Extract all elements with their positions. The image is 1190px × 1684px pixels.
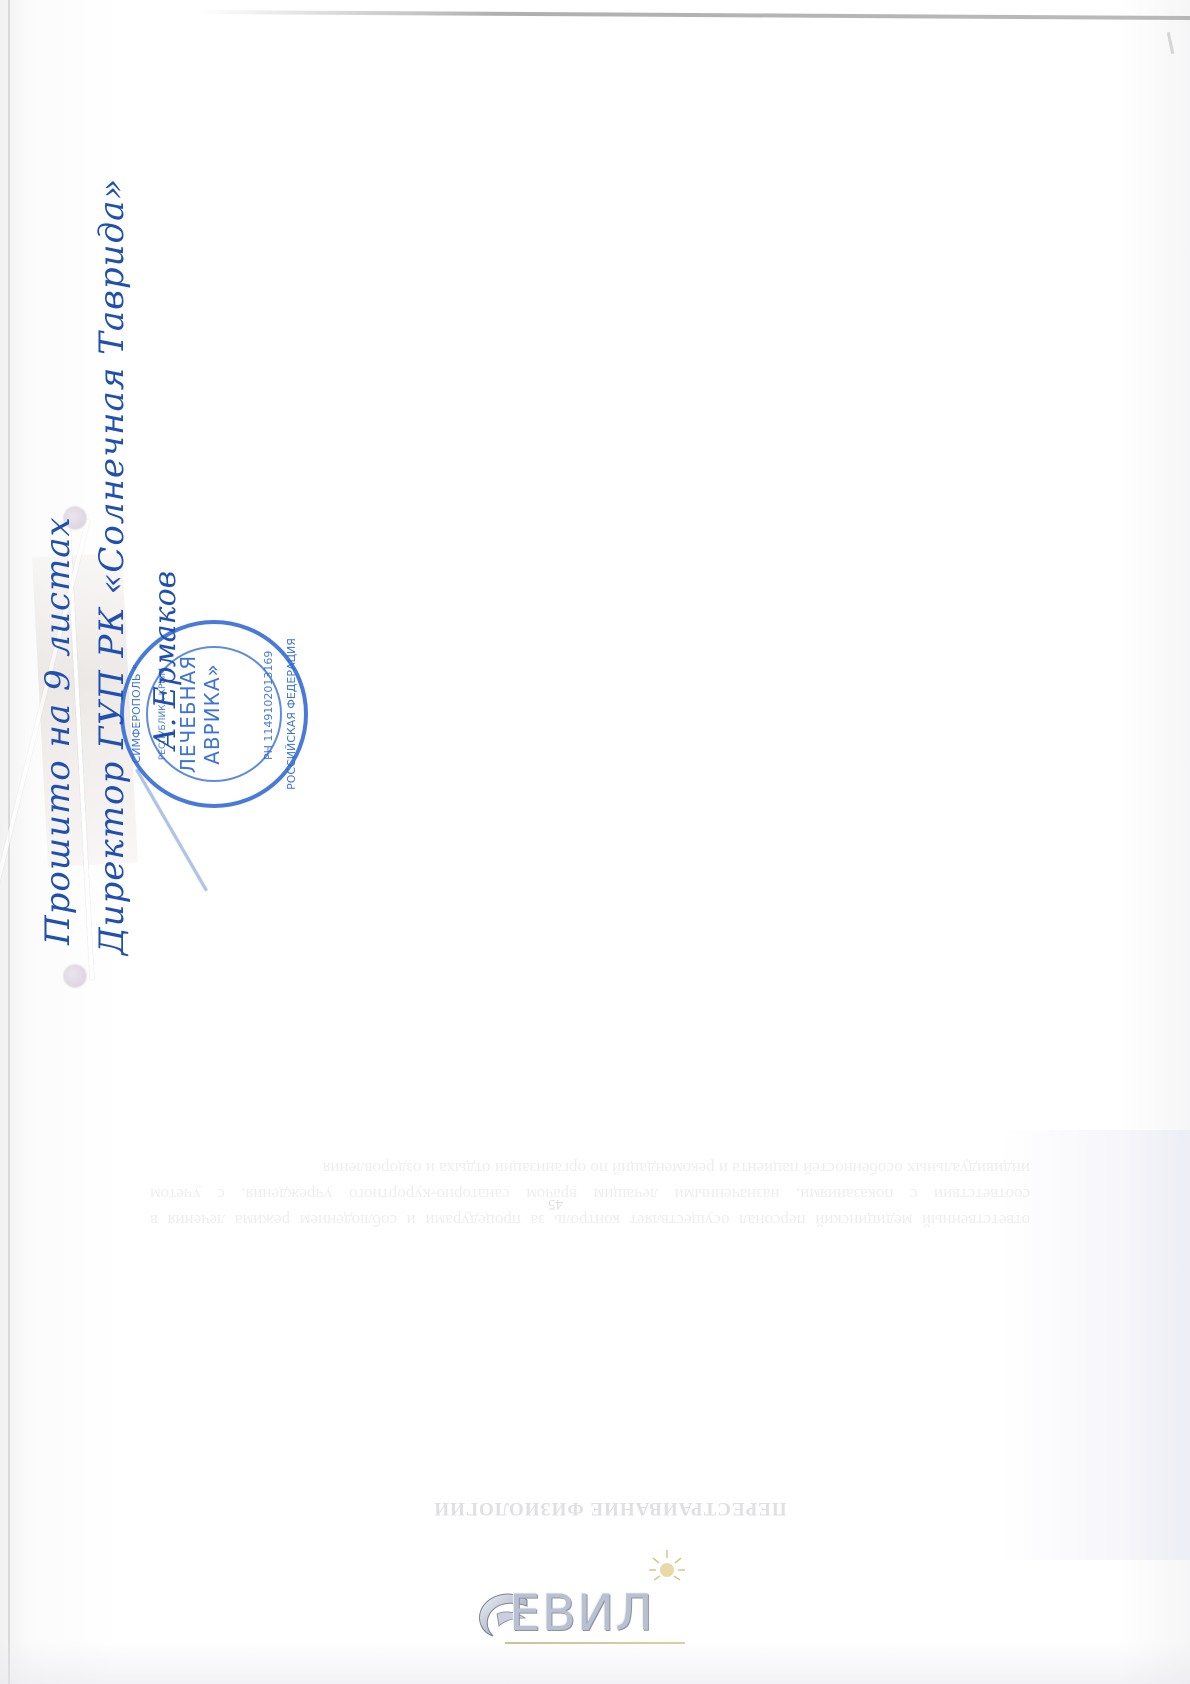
seal-registration-number: РН 1149102013169 [262,651,275,760]
scan-bottom-shadow [0,1640,1190,1684]
binding-note-signature: А. Ермаков [148,571,183,750]
seal-center-text: ЛЕЧЕБНАЯ АВРИКА» [176,624,224,804]
binding-note-sheets: Прошито на 9 листах [38,516,78,945]
scan-shading [1000,1130,1190,1560]
binding-hole-bottom [64,965,86,987]
seal-ring-bottom-text: РОССИЙСКАЯ ФЕДЕРАЦИЯ [285,624,298,804]
page-top-edge [200,10,1190,20]
corner-mark [1167,32,1175,54]
document-page: 45 ответственный медицинский персонал ос… [0,0,1190,1684]
bleed-through-text: ответственный медицинский персонал осуще… [150,1155,1030,1233]
seal-center-line2: АВРИКА» [200,624,224,804]
logo-wordmark: ЕВИЛ [509,1584,654,1642]
sun-icon [647,1546,687,1586]
binding-note-director: Директор ГУП РК «Солнечная Таврида» [92,178,132,955]
bleed-through-heading: ПЕРЕСТРАИВАНИЕ ФИЗИОЛОГИИ [300,1497,920,1519]
